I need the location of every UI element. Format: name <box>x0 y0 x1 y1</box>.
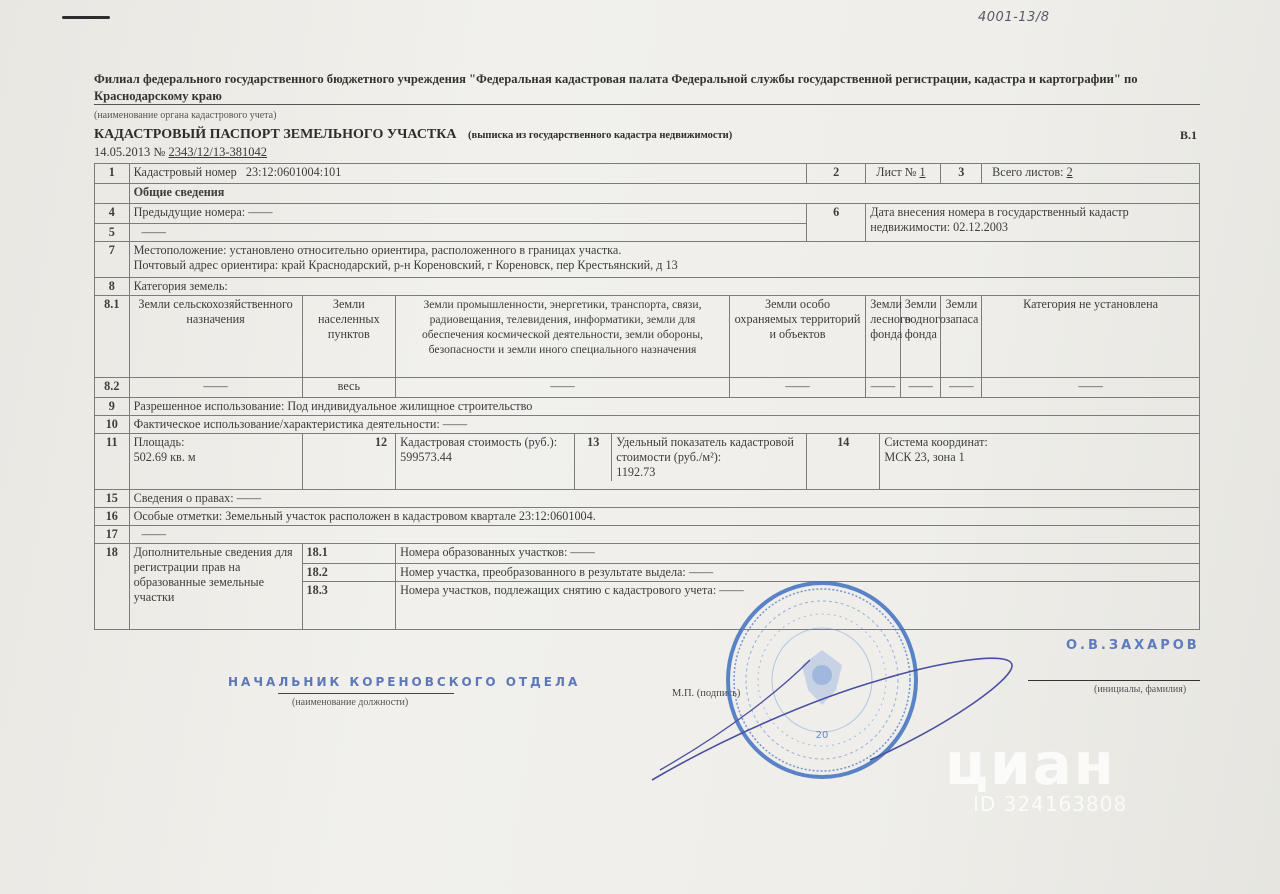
location-line-1: Местоположение: установлено относительно… <box>134 243 1195 258</box>
area-cell: Площадь: 502.69 кв. м <box>129 434 302 490</box>
handwritten-signature-icon <box>640 620 1030 790</box>
land-category-header: Земли промышленности, энергетики, трансп… <box>396 296 730 378</box>
total-sheets-cell: Всего листов: 2 <box>982 164 1200 184</box>
land-category-header: Категория не установлена <box>982 296 1200 378</box>
document-number: 2343/12/13-381042 <box>168 145 267 159</box>
special-notes: Особые отметки: Земельный участок распол… <box>129 508 1199 526</box>
land-category-value: —— <box>941 378 982 398</box>
sheet-number-value: 1 <box>919 165 925 179</box>
cadastral-number-value: 23:12:0601004:101 <box>246 165 341 179</box>
location-postal-address: Почтовый адрес ориентира: край Краснодар… <box>134 258 1195 273</box>
row-number: 8 <box>95 278 130 296</box>
sheet-code: В.1 <box>1180 128 1197 143</box>
row-number: 18.3 <box>302 582 396 630</box>
row-number: 18.2 <box>302 564 396 582</box>
row-number: 6 <box>807 204 866 242</box>
land-category-header: Земли населенных пунктов <box>302 296 396 378</box>
row-number: 13 <box>575 434 612 481</box>
document-date-number: 14.05.2013 № 2343/12/13-381042 <box>94 145 267 160</box>
row-number: 11 <box>95 434 130 490</box>
land-category-value: весь <box>302 378 396 398</box>
specific-value-label: Удельный показатель кадастровой стоимост… <box>616 435 802 465</box>
table-row: 9 Разрешенное использование: Под индивид… <box>95 398 1200 416</box>
additional-info-label: Дополнительные сведения для регистрации … <box>129 544 302 630</box>
row-number: 1 <box>95 164 130 184</box>
table-row: 8.1 Земли сельскохозяйственного назначен… <box>95 296 1200 378</box>
sheet-number-label: Лист № <box>876 165 916 179</box>
table-row: 16 Особые отметки: Земельный участок рас… <box>95 508 1200 526</box>
cadastral-number-label: Кадастровый номер <box>134 165 237 179</box>
specific-value-cell: 13 Удельный показатель кадастровой стоим… <box>575 434 807 490</box>
row-number <box>95 184 130 204</box>
watermark-id: ID 324163808 <box>973 792 1127 816</box>
table-row: 8 Категория земель: <box>95 278 1200 296</box>
table-row: 17 —— <box>95 526 1200 544</box>
cadastral-table: 1 Кадастровый номер 23:12:0601004:101 2 … <box>94 163 1200 630</box>
row-number: 8.1 <box>95 296 130 378</box>
land-category-value: —— <box>866 378 901 398</box>
coordinate-system-label: Система координат: <box>884 435 1195 450</box>
table-row: 10 Фактическое использование/характерист… <box>95 416 1200 434</box>
row-number: 9 <box>95 398 130 416</box>
title-subtitle: (выписка из государственного кадастра не… <box>468 130 732 141</box>
row-5-value: —— <box>129 224 807 242</box>
watermark-brand: циан <box>945 730 1127 798</box>
seal-signature-caption: М.П. (подпись) <box>672 688 740 699</box>
formed-plots: Номера образованных участков: —— <box>396 544 1200 564</box>
organization-name: Филиал федерального государственного бюд… <box>94 71 1204 105</box>
pen-mark <box>62 16 110 19</box>
organization-caption: (наименование органа кадастрового учета) <box>94 110 276 121</box>
divider <box>1028 680 1200 681</box>
land-category-header: Земли лесного фонда <box>866 296 901 378</box>
row-number: 14 <box>807 434 880 490</box>
land-category-label: Категория земель: <box>129 278 1199 296</box>
land-category-value: —— <box>900 378 941 398</box>
divider <box>278 693 454 694</box>
cadastral-value-label: Кадастровая стоимость (руб.): <box>400 435 570 450</box>
table-row: 1 Кадастровый номер 23:12:0601004:101 2 … <box>95 164 1200 184</box>
row-number: 5 <box>95 224 130 242</box>
specific-value-text: Удельный показатель кадастровой стоимост… <box>612 434 806 481</box>
name-stamp: О.В.ЗАХАРОВ <box>1066 638 1200 653</box>
row-number: 7 <box>95 242 130 278</box>
table-row: Общие сведения <box>95 184 1200 204</box>
land-category-value: —— <box>129 378 302 398</box>
coordinate-system-cell: Система координат: МСК 23, зона 1 <box>880 434 1200 490</box>
rights-info: Сведения о правах: —— <box>129 490 1199 508</box>
divider <box>94 104 1200 105</box>
cadastral-number-cell: Кадастровый номер 23:12:0601004:101 <box>129 164 807 184</box>
table-row: 11 Площадь: 502.69 кв. м 12 Кадастровая … <box>95 434 1200 490</box>
registration-date: Дата внесения номера в государственный к… <box>866 204 1200 242</box>
row-number: 8.2 <box>95 378 130 398</box>
table-row: 18 Дополнительные сведения для регистрац… <box>95 544 1200 564</box>
title-main: КАДАСТРОВЫЙ ПАСПОРТ ЗЕМЕЛЬНОГО УЧАСТКА <box>94 127 457 142</box>
land-category-header: Земли запаса <box>941 296 982 378</box>
section-general: Общие сведения <box>129 184 1199 204</box>
handwritten-note: 4001-13/8 <box>978 10 1049 25</box>
location: Местоположение: установлено относительно… <box>129 242 1199 278</box>
row-number: 2 <box>807 164 866 184</box>
land-category-header: Земли сельскохозяйственного назначения <box>129 296 302 378</box>
sheet-number-cell: Лист № 1 <box>866 164 941 184</box>
row-17-value: —— <box>129 526 1199 544</box>
name-caption: (инициалы, фамилия) <box>1094 684 1186 695</box>
document-date: 14.05.2013 <box>94 145 150 159</box>
total-sheets-value: 2 <box>1067 165 1073 179</box>
cadastral-value-cell: Кадастровая стоимость (руб.): 599573.44 <box>396 434 575 490</box>
watermark: циан ID 324163808 <box>945 730 1127 816</box>
table-row: 4 Предыдущие номера: —— 6 Дата внесения … <box>95 204 1200 224</box>
plots-to-remove: Номера участков, подлежащих снятию с кад… <box>396 582 1200 630</box>
area-label: Площадь: <box>134 435 298 450</box>
position-stamp: НАЧАЛЬНИК КОРЕНОВСКОГО ОТДЕЛА <box>228 675 580 689</box>
land-category-header: Земли особо охраняемых территорий и объе… <box>729 296 865 378</box>
row-number: 18.1 <box>302 544 396 564</box>
row-number: 16 <box>95 508 130 526</box>
land-category-value: —— <box>729 378 865 398</box>
land-category-value: —— <box>396 378 730 398</box>
coordinate-system-value: МСК 23, зона 1 <box>884 450 1195 465</box>
actual-use: Фактическое использование/характеристика… <box>129 416 1199 434</box>
specific-value-amount: 1192.73 <box>616 465 802 480</box>
bleed-through-text <box>220 750 520 790</box>
svg-text:20: 20 <box>816 730 829 741</box>
table-row: 15 Сведения о правах: —— <box>95 490 1200 508</box>
area-value: 502.69 кв. м <box>134 450 298 465</box>
row-number: 18 <box>95 544 130 630</box>
row-number: 4 <box>95 204 130 224</box>
row-number: 15 <box>95 490 130 508</box>
previous-numbers: Предыдущие номера: —— <box>129 204 807 224</box>
number-sign: № <box>153 145 165 159</box>
document-page: 4001-13/8 Филиал федерального государств… <box>0 0 1280 894</box>
row-number: 10 <box>95 416 130 434</box>
land-category-header: Земли водного фонда <box>900 296 941 378</box>
table-row: 8.2 —— весь —— —— —— —— —— —— <box>95 378 1200 398</box>
row-number: 3 <box>941 164 982 184</box>
transformed-plot: Номер участка, преобразованного в резуль… <box>396 564 1200 582</box>
row-number: 17 <box>95 526 130 544</box>
position-caption: (наименование должности) <box>292 697 408 708</box>
total-sheets-label: Всего листов: <box>992 165 1063 179</box>
permitted-use: Разрешенное использование: Под индивидуа… <box>129 398 1199 416</box>
document-title: КАДАСТРОВЫЙ ПАСПОРТ ЗЕМЕЛЬНОГО УЧАСТКА (… <box>94 127 732 143</box>
land-category-value: —— <box>982 378 1200 398</box>
table-row: 7 Местоположение: установлено относитель… <box>95 242 1200 278</box>
cadastral-value-amount: 599573.44 <box>400 450 570 465</box>
row-number: 12 <box>302 434 396 490</box>
